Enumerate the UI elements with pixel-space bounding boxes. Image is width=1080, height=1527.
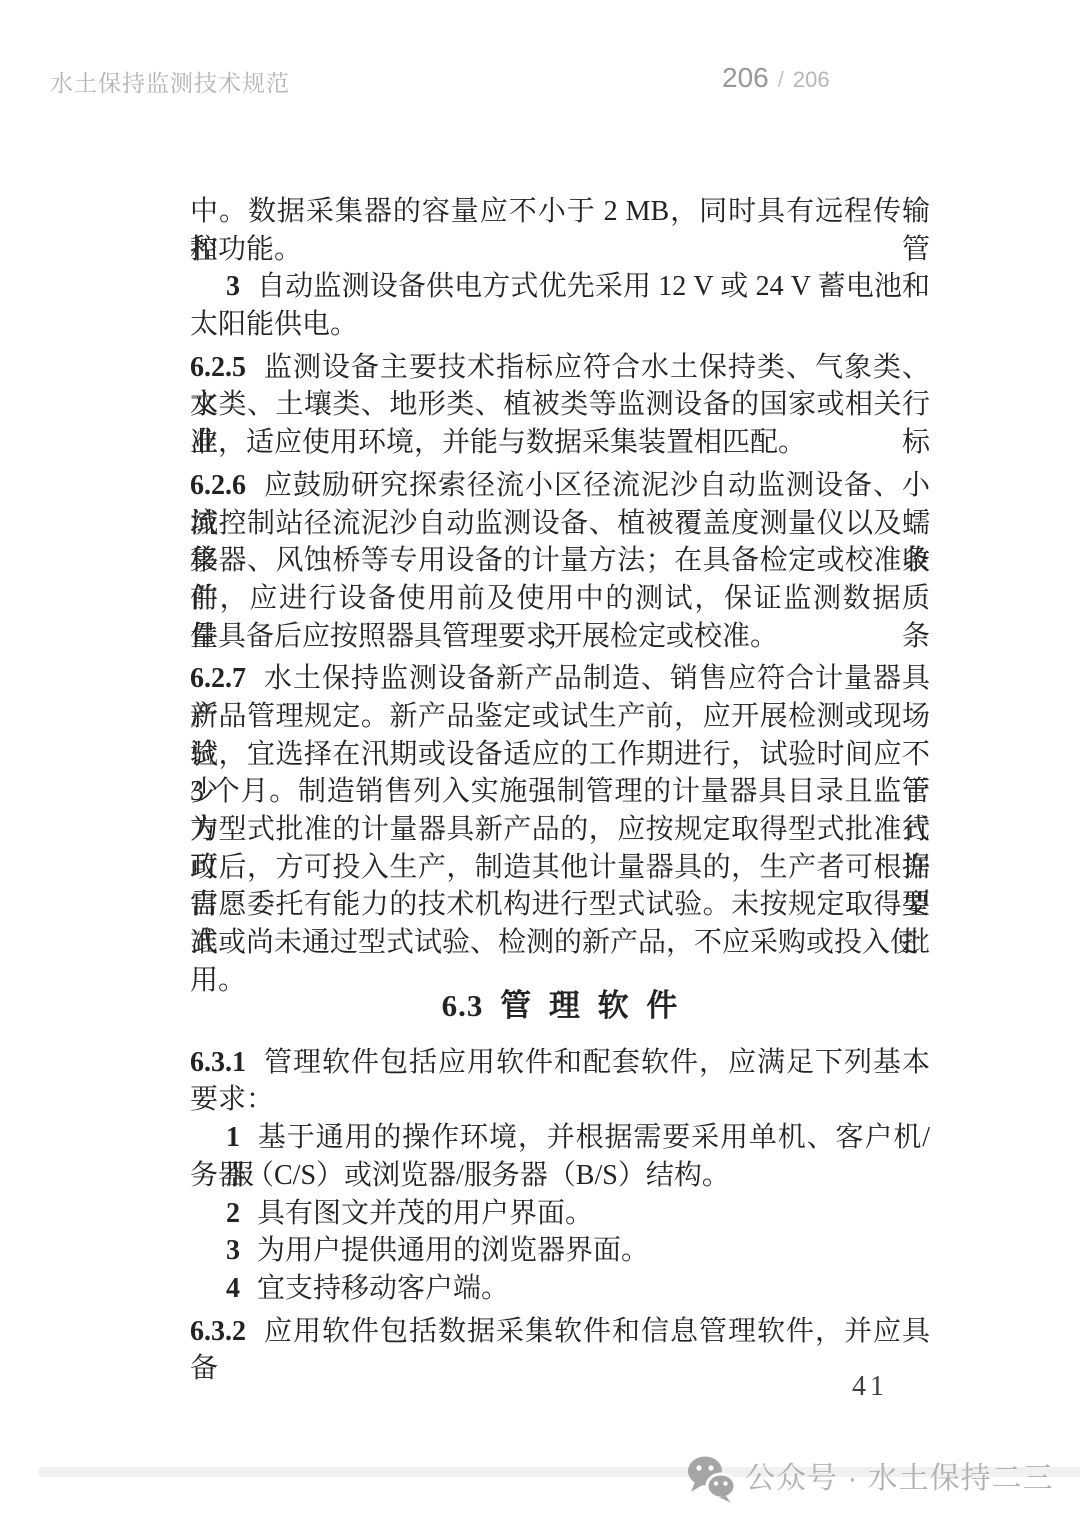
text-line: 4宜支持移动客户端。 [190, 1270, 930, 1308]
line-text: 准，适应使用环境，并能与数据采集装置相匹配。 [190, 427, 806, 458]
line-text: 应用软件包括数据采集软件和信息管理软件，并应具备 [190, 1316, 930, 1385]
text-line: 6.2.5监测设备主要技术指标应符合水土保持类、气象类、水 [190, 349, 930, 387]
document-title: 水土保持监测技术规范 [50, 68, 290, 98]
clause-number: 6.2.5 [190, 352, 246, 383]
line-text: 太阳能供电。 [190, 309, 358, 340]
clause-number: 3 [226, 271, 240, 302]
text-line: 为型式批准的计量器具新产品的，应按规定取得型式批准行政许 [190, 811, 930, 849]
text-line: 准或尚未通过型式试验、检测的新产品，不应采购或投入使用。 [190, 924, 930, 962]
text-line: 务器（C/S）或浏览器/服务器（B/S）结构。 [190, 1157, 930, 1195]
document-page: 水土保持监测技术规范 206 / 206 中。数据采集器的容量应不小于 2 MB… [0, 0, 1080, 1527]
line-text: 6.3 管 理 软 件 [442, 988, 679, 1023]
line-text: 件具备后应按照器具管理要求开展检定或校准。 [190, 621, 778, 652]
clause-number: 6.3.1 [190, 1047, 246, 1078]
text-line: 6.3.1管理软件包括应用软件和配套软件，应满足下列基本 [190, 1044, 930, 1082]
text-line: 验，宜选择在汛期或设备适应的工作期进行，试验时间应不少于 [190, 736, 930, 774]
clause-number: 2 [226, 1198, 240, 1229]
text-line: 1基于通用的操作环境，并根据需要采用单机、客户机/服 [190, 1119, 930, 1157]
text-line: 要求： [190, 1081, 930, 1119]
line-text: 控功能。 [190, 234, 302, 265]
line-text: 具有图文并茂的用户界面。 [257, 1198, 593, 1229]
text-line: 中。数据采集器的容量应不小于 2 MB，同时具有远程传输和管 [190, 193, 930, 231]
printed-page-number: 41 [840, 1371, 900, 1403]
text-line: 3 个月。制造销售列入实施强制管理的计量器具目录且监管方式 [190, 773, 930, 811]
text-line: 自愿委托有能力的技术机构进行型式试验。未按规定取得型式批 [190, 886, 930, 924]
text-line: 3自动监测设备供电方式优先采用 12 V 或 24 V 蓄电池和 [190, 268, 930, 306]
line-text: 自动监测设备供电方式优先采用 12 V 或 24 V 蓄电池和 [257, 271, 930, 302]
body-lines: 中。数据采集器的容量应不小于 2 MB，同时具有远程传输和管控功能。3自动监测设… [190, 193, 930, 1350]
clause-number: 6.2.6 [190, 470, 246, 501]
page-indicator: 206 / 206 [722, 62, 830, 94]
clause-number: 4 [226, 1273, 240, 1304]
line-text: 管理软件包括应用软件和配套软件，应满足下列基本 [263, 1047, 930, 1078]
line-text: 务器（C/S）或浏览器/服务器（B/S）结构。 [190, 1160, 730, 1191]
text-line: 产品管理规定。新产品鉴定或试生产前，应开展检测或现场试 [190, 698, 930, 736]
page-indicator-current: 206 [722, 62, 769, 94]
text-line: 太阳能供电。 [190, 306, 930, 344]
page-indicator-separator: / [778, 67, 784, 93]
text-line: 前，应进行设备使用前及使用中的测试，保证监测数据质量；条 [190, 580, 930, 618]
clause-number: 6.3.2 [190, 1316, 246, 1347]
clause-number: 1 [226, 1122, 240, 1153]
line-text: 宜支持移动客户端。 [257, 1273, 509, 1304]
text-line: 6.2.6应鼓励研究探索径流小区径流泥沙自动监测设备、小流 [190, 467, 930, 505]
line-text: 为用户提供通用的浏览器界面。 [257, 1235, 649, 1266]
watermark: 公众号 · 水土保持二三 [686, 1454, 1054, 1504]
text-line: 集器、风蚀桥等专用设备的计量方法；在具备检定或校准条件 [190, 542, 930, 580]
text-line: 文类、土壤类、地形类、植被类等监测设备的国家或相关行业标 [190, 386, 930, 424]
text-line: 可后，方可投入生产，制造其他计量器具的，生产者可根据需要 [190, 849, 930, 887]
line-text: 要求： [190, 1084, 274, 1115]
text-line: 6.3.2应用软件包括数据采集软件和信息管理软件，并应具备 [190, 1313, 930, 1351]
watermark-text: 公众号 · 水土保持二三 [745, 1454, 1054, 1504]
wechat-icon [686, 1455, 736, 1503]
text-line: 域控制站径流泥沙自动监测设备、植被覆盖度测量仪以及蠕移收 [190, 505, 930, 543]
page-indicator-total: 206 [793, 67, 830, 93]
text-line: 3为用户提供通用的浏览器界面。 [190, 1232, 930, 1270]
text-line: 6.2.7水土保持监测设备新产品制造、销售应符合计量器具新 [190, 660, 930, 698]
clause-number: 6.2.7 [190, 663, 246, 694]
clause-number: 3 [226, 1235, 240, 1266]
section-heading: 6.3 管 理 软 件 [190, 985, 930, 1027]
text-line: 2具有图文并茂的用户界面。 [190, 1195, 930, 1233]
